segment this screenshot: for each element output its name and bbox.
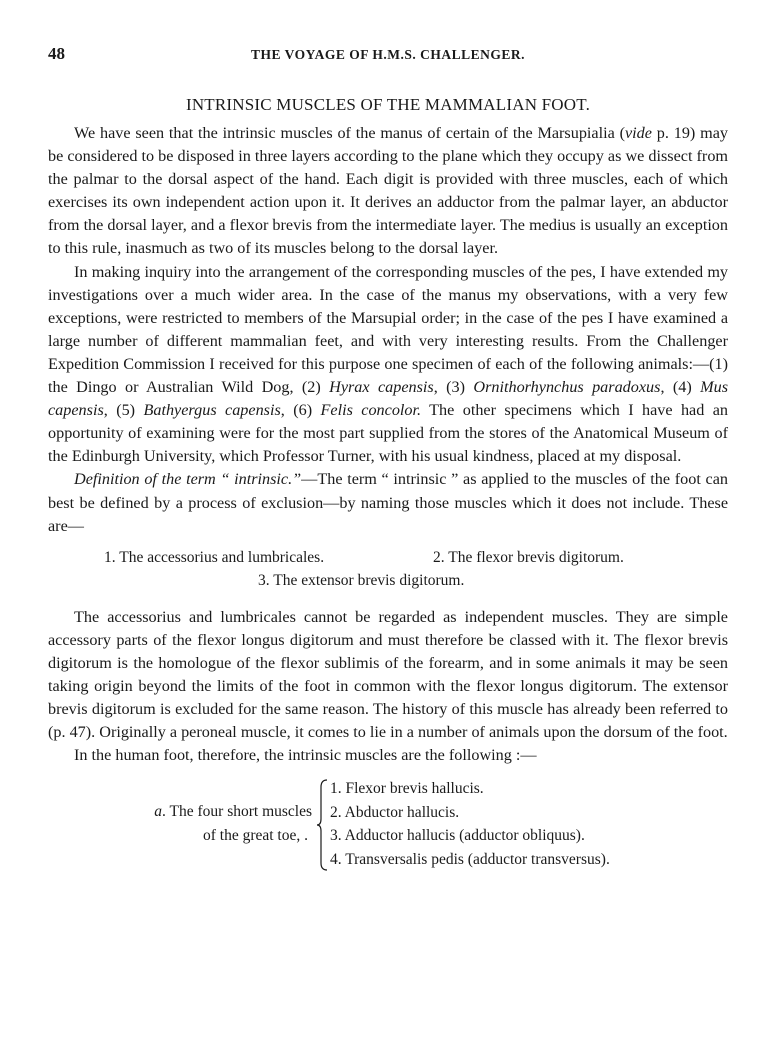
paragraph-4: The accessorius and lumbricales cannot b… (48, 606, 728, 745)
paragraph-5: In the human foot, therefore, the intrin… (48, 744, 728, 767)
journal-title: THE VOYAGE OF H.M.S. CHALLENGER. (48, 47, 728, 63)
running-header: 48 THE VOYAGE OF H.M.S. CHALLENGER. (48, 44, 728, 68)
exclusion-list: 1. The accessorius and lumbricales. 2. T… (48, 546, 728, 602)
muscle-item: 2. Abductor hallucis. (330, 801, 610, 825)
species-name: Ornithorhynchus paradoxus (473, 378, 660, 396)
exclusion-item: 2. The flexor brevis digitorum. (433, 546, 624, 569)
body-text: We have seen that the intrinsic muscles … (48, 122, 728, 877)
exclusion-item: 3. The extensor brevis digitorum. (258, 569, 464, 592)
paragraph-2: In making inquiry into the arrangement o… (48, 261, 728, 469)
group-letter: a (154, 803, 162, 820)
paragraph-1: We have seen that the intrinsic muscles … (48, 122, 728, 261)
group-label: a. The four short muscles of the great t… (104, 800, 312, 847)
muscle-item: 4. Transversalis pedis (adductor transve… (330, 848, 610, 872)
muscle-item: 1. Flexor brevis hallucis. (330, 777, 610, 801)
section-title: INTRINSIC MUSCLES OF THE MAMMALIAN FOOT. (48, 95, 728, 115)
exclusion-item: 1. The accessorius and lumbricales. (104, 546, 324, 569)
curly-brace-icon (316, 779, 328, 871)
muscle-item: 3. Adductor hallucis (adductor obliquus)… (330, 824, 610, 848)
paragraph-3: Definition of the term “ intrinsic.”—The… (48, 468, 728, 537)
run-in-heading: Definition of the term “ intrinsic.” (74, 470, 301, 488)
intrinsic-muscle-list: a. The four short muscles of the great t… (48, 777, 728, 877)
italic-term: vide (625, 124, 652, 142)
species-name: Bathyergus capensis (143, 401, 280, 419)
species-name: Hyrax capensis (329, 378, 434, 396)
muscle-items: 1. Flexor brevis hallucis. 2. Abductor h… (330, 777, 610, 871)
species-name: Felis concolor. (321, 401, 422, 419)
